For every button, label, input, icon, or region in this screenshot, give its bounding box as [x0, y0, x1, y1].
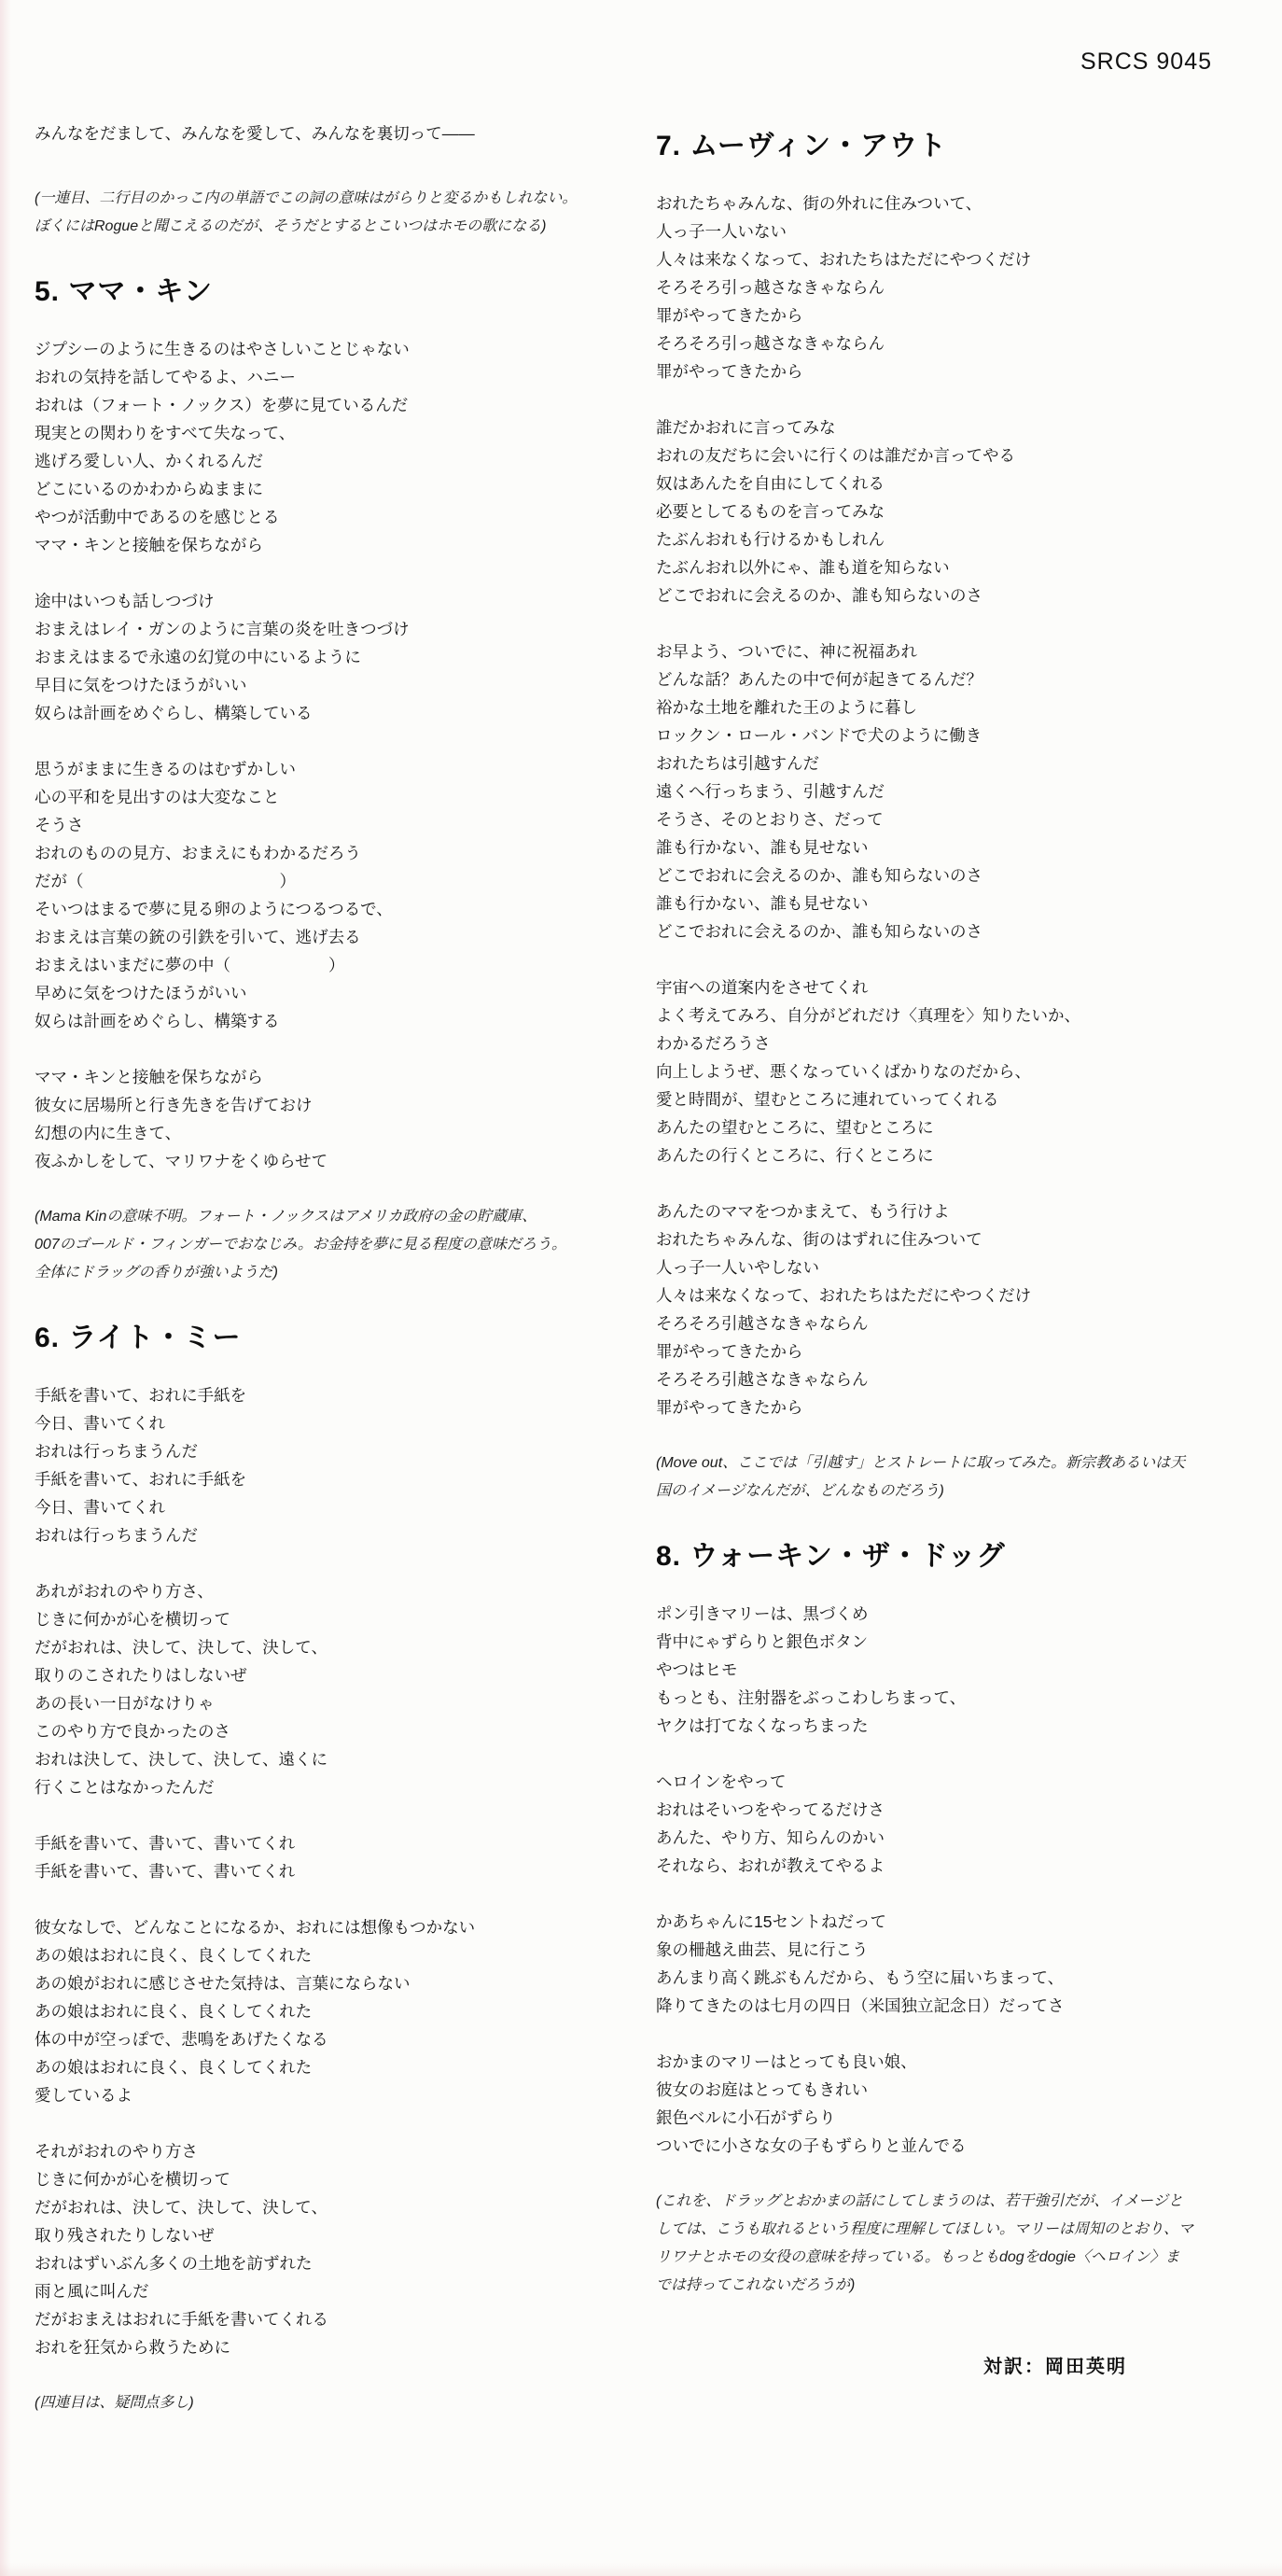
lyric-line: 取りのこされたりはしないぜ — [35, 1661, 643, 1689]
lyric-line: おれたちゃみんな、街のはずれに住みついて — [656, 1225, 1258, 1253]
lyric-line: 彼女に居場所と行き先きを告げておけ — [35, 1091, 643, 1119]
lyric-line: おまえはいまだに夢の中（ ） — [35, 951, 643, 979]
lyric-line: ママ・キンと接触を保ちながら — [35, 531, 643, 559]
lyric-line: (Mama Kinの意味不明。フォート・ノックスはアメリカ政府の金の貯蔵庫、 — [35, 1203, 643, 1231]
lyric-line: そいつはまるで夢に見る卵のようにつるつるで、 — [35, 895, 643, 923]
lyric-line: 早目に気をつけたほうがいい — [35, 671, 643, 699]
lyric-line: そうさ、そのとおりさ、だって — [656, 805, 1258, 833]
lyric-line: 奴はあんたを自由にしてくれる — [656, 469, 1258, 497]
stanza: 思うがままに生きるのはむずかしい心の平和を見出すのは大変なことそうさおれのものの… — [35, 755, 643, 1035]
lyric-line: 途中はいつも話しつづけ — [35, 587, 643, 615]
lyric-line: おまえはレイ・ガンのように言葉の炎を吐きつづけ — [35, 615, 643, 643]
lyric-line: 降りてきたのは七月の四日（米国独立記念日）だってさ — [656, 1992, 1258, 2020]
lyric-line: おれの友だちに会いに行くのは誰だか言ってやる — [656, 441, 1258, 469]
lyric-line: もっとも、注射器をぶっこわしちまって、 — [656, 1684, 1258, 1712]
lyric-line: どこでおれに会えるのか、誰も知らないのさ — [656, 581, 1258, 609]
lyric-line: 罪がやってきたから — [656, 1393, 1258, 1421]
lyric-line: 愛しているよ — [35, 2081, 643, 2109]
lyric-line: 今日、書いてくれ — [35, 1409, 643, 1437]
lyric-line: おれはずいぶん多くの土地を訪ずれた — [35, 2249, 643, 2277]
lyric-line: 奴らは計画をめぐらし、構築する — [35, 1007, 643, 1035]
lyric-line: かあちゃんに15セントねだって — [656, 1908, 1258, 1936]
song-title: 8. ウォーキン・ザ・ドッグ — [656, 1538, 1258, 1575]
lyric-line: 宇宙への道案内をさせてくれ — [656, 973, 1258, 1001]
lyric-line: 体の中が空っぽで、悲鳴をあげたくなる — [35, 2025, 643, 2053]
lyric-line: あの娘がおれに感じさせた気持は、言葉にならない — [35, 1969, 643, 1997]
lyric-line: 逃げろ愛しい人、かくれるんだ — [35, 447, 643, 475]
lyric-line: 罪がやってきたから — [656, 301, 1258, 329]
lyric-line: あんたの望むところに、望むところに — [656, 1113, 1258, 1141]
lyric-line: 誰も行かない、誰も見せない — [656, 889, 1258, 917]
lyric-line: 裕かな土地を離れた王のように暮し — [656, 693, 1258, 721]
lyric-line: だが（ ） — [35, 867, 643, 895]
right-column: 7. ムーヴィン・アウトおれたちゃみんな、街の外れに住みついて、人っ子一人いない… — [656, 128, 1258, 2378]
lyric-line: 幻想の内に生きて、 — [35, 1119, 643, 1147]
lyric-line: 心の平和を見出すのは大変なこと — [35, 783, 643, 811]
lyric-line: 手紙を書いて、おれに手紙を — [35, 1381, 643, 1409]
stanza: 彼女なしで、どんなことになるか、おれには想像もつかないあの娘はおれに良く、良くし… — [35, 1913, 643, 2109]
stanza: あんたのママをつかまえて、もう行けよおれたちゃみんな、街のはずれに住みついて人っ… — [656, 1197, 1258, 1421]
translator-note: (四連目は、疑問点多し) — [35, 2389, 643, 2417]
lyric-line: ポン引きマリーは、黒づくめ — [656, 1600, 1258, 1628]
lyric-line: ついでに小さな女の子もずらりと並んでる — [656, 2132, 1258, 2160]
lyric-line: 今日、書いてくれ — [35, 1493, 643, 1521]
lyric-line: あんたのママをつかまえて、もう行けよ — [656, 1197, 1258, 1225]
lyric-line: みんなをだまして、みんなを愛して、みんなを裏切って―― — [35, 119, 643, 147]
lyric-line: おれは決して、決して、決して、遠くに — [35, 1745, 643, 1773]
lyric-line: おまえはまるで永遠の幻覚の中にいるように — [35, 643, 643, 671]
translator-note: (Mama Kinの意味不明。フォート・ノックスはアメリカ政府の金の貯蔵庫、00… — [35, 1203, 643, 1287]
lyric-line: おれは行っちまうんだ — [35, 1521, 643, 1549]
stanza: おれたちゃみんな、街の外れに住みついて、人っ子一人いない人々は来なくなって、おれ… — [656, 189, 1258, 385]
lyric-line: どこでおれに会えるのか、誰も知らないのさ — [656, 917, 1258, 945]
lyric-line: このやり方で良かったのさ — [35, 1717, 643, 1745]
stanza: それがおれのやり方さじきに何かが心を横切ってだがおれは、決して、決して、決して、… — [35, 2137, 643, 2361]
lyric-line: そろそろ引っ越さなきゃならん — [656, 329, 1258, 357]
stanza: かあちゃんに15セントねだって象の柵越え曲芸、見に行こうあんまり高く跳ぶもんだか… — [656, 1908, 1258, 2020]
lyric-line: おれは行っちまうんだ — [35, 1437, 643, 1465]
left-column: みんなをだまして、みんなを愛して、みんなを裏切って――(一連目、二行目のかっこ内… — [35, 119, 643, 2445]
lyric-line: 早めに気をつけたほうがいい — [35, 979, 643, 1007]
lyric-line: 思うがままに生きるのはむずかしい — [35, 755, 643, 783]
lyric-line: 罪がやってきたから — [656, 1337, 1258, 1365]
lyric-line: 奴らは計画をめぐらし、構築している — [35, 699, 643, 727]
lyric-line: そろそろ引越さなきゃならん — [656, 1309, 1258, 1337]
lyric-line: どこでおれに会えるのか、誰も知らないのさ — [656, 861, 1258, 889]
stanza: ジプシーのように生きるのはやさしいことじゃないおれの気持を話してやるよ、ハニーお… — [35, 335, 643, 559]
lyric-line: 夜ふかしをして、マリワナをくゆらせて — [35, 1147, 643, 1175]
stanza: 途中はいつも話しつづけおまえはレイ・ガンのように言葉の炎を吐きつづけおまえはまる… — [35, 587, 643, 727]
lyric-line: おれは（フォート・ノックス）を夢に見ているんだ — [35, 391, 643, 419]
lyric-line: 取り残されたりしないぜ — [35, 2221, 643, 2249]
stanza: あれがおれのやり方さ、じきに何かが心を横切ってだがおれは、決して、決して、決して… — [35, 1577, 643, 1801]
stanza: おかまのマリーはとっても良い娘、彼女のお庭はとってもきれい銀色ベルに小石がずらり… — [656, 2048, 1258, 2160]
stanza: お早よう、ついでに、神に祝福あれどんな話？あんたの中で何が起きてるんだ？裕かな土… — [656, 637, 1258, 945]
lyric-line: 遠くへ行っちまう、引越すんだ — [656, 777, 1258, 805]
lyric-line: 国のイメージなんだが、どんなものだろう) — [656, 1477, 1258, 1505]
lyric-line: わかるだろうさ — [656, 1029, 1258, 1057]
lyric-line: 全体にドラッグの香りが強いようだ) — [35, 1259, 643, 1287]
intro-line: みんなをだまして、みんなを愛して、みんなを裏切って―― — [35, 119, 643, 147]
lyric-line: では持ってこれないだろうが) — [656, 2272, 1258, 2300]
lyric-line: どんな話？あんたの中で何が起きてるんだ？ — [656, 665, 1258, 693]
lyric-line: 誰も行かない、誰も見せない — [656, 833, 1258, 861]
song-title: 5. ママ・キン — [35, 273, 643, 311]
lyric-line: リワナとホモの女役の意味を持っている。もっともdogをdogie〈ヘロイン〉ま — [656, 2244, 1258, 2272]
lyric-line: 背中にゃずらりと銀色ボタン — [656, 1628, 1258, 1656]
catalog-number: SRCS 9045 — [1080, 49, 1212, 76]
lyric-line: 現実との関わりをすべて失なって、 — [35, 419, 643, 447]
lyric-line: それなら、おれが教えてやるよ — [656, 1852, 1258, 1880]
lyric-line: あの長い一日がなけりゃ — [35, 1689, 643, 1717]
lyric-line: (一連目、二行目のかっこ内の単語でこの詞の意味はがらりと変るかもしれない。 — [35, 185, 643, 213]
lyric-line: 象の柵越え曲芸、見に行こう — [656, 1936, 1258, 1964]
lyric-line: あの娘はおれに良く、良くしてくれた — [35, 1997, 643, 2025]
lyric-line: それがおれのやり方さ — [35, 2137, 643, 2165]
stanza: ヘロインをやっておれはそいつをやってるだけさあんた、やり方、知らんのかいそれなら… — [656, 1768, 1258, 1880]
lyric-line: 手紙を書いて、おれに手紙を — [35, 1465, 643, 1493]
lyric-line: (四連目は、疑問点多し) — [35, 2389, 643, 2417]
lyric-line: おれたちは引越すんだ — [656, 749, 1258, 777]
stanza: 手紙を書いて、おれに手紙を今日、書いてくれおれは行っちまうんだ手紙を書いて、おれ… — [35, 1381, 643, 1549]
lyric-line: そろそろ引越さなきゃならん — [656, 1365, 1258, 1393]
lyric-line: お早よう、ついでに、神に祝福あれ — [656, 637, 1258, 665]
lyric-line: よく考えてみろ、自分がどれだけ〈真理を〉知りたいか、 — [656, 1001, 1258, 1029]
lyric-line: 手紙を書いて、書いて、書いてくれ — [35, 1857, 643, 1885]
stanza: 手紙を書いて、書いて、書いてくれ手紙を書いて、書いて、書いてくれ — [35, 1829, 643, 1885]
translator-note: (一連目、二行目のかっこ内の単語でこの詞の意味はがらりと変るかもしれない。ぼくに… — [35, 185, 643, 241]
lyric-line: しては、こうも取れるという程度に理解してほしい。マリーは周知のとおり、マ — [656, 2216, 1258, 2244]
stanza: ポン引きマリーは、黒づくめ背中にゃずらりと銀色ボタンやつはヒモもっとも、注射器を… — [656, 1600, 1258, 1740]
lyric-line: あの娘はおれに良く、良くしてくれた — [35, 1941, 643, 1969]
lyric-line: あんた、やり方、知らんのかい — [656, 1824, 1258, 1852]
lyric-line: そろそろ引っ越さなきゃならん — [656, 273, 1258, 301]
lyric-line: ヘロインをやって — [656, 1768, 1258, 1796]
lyric-line: おまえは言葉の銃の引鉄を引いて、逃げ去る — [35, 923, 643, 951]
lyric-line: やつはヒモ — [656, 1656, 1258, 1684]
stanza: ママ・キンと接触を保ちながら彼女に居場所と行き先きを告げておけ幻想の内に生きて、… — [35, 1063, 643, 1175]
lyric-line: 必要としてるものを言ってみな — [656, 497, 1258, 525]
lyric-line: ヤクは打てなくなっちまった — [656, 1712, 1258, 1740]
lyric-line: じきに何かが心を横切って — [35, 2165, 643, 2193]
lyric-line: ぼくにはRogueと聞こえるのだが、そうだとするとこいつはホモの歌になる) — [35, 213, 643, 241]
lyric-line: 雨と風に叫んだ — [35, 2277, 643, 2305]
song-title: 6. ライト・ミー — [35, 1320, 643, 1357]
lyric-line: おれを狂気から救うために — [35, 2333, 643, 2361]
lyric-line: 人々は来なくなって、おれたちはただにやつくだけ — [656, 1281, 1258, 1309]
lyric-line: あんまり高く跳ぶもんだから、もう空に届いちまって、 — [656, 1964, 1258, 1992]
lyric-line: 人っ子一人いない — [656, 217, 1258, 245]
lyric-line: 人っ子一人いやしない — [656, 1253, 1258, 1281]
lyric-line: 向上しようぜ、悪くなっていくばかりなのだから、 — [656, 1057, 1258, 1085]
lyric-line: 彼女なしで、どんなことになるか、おれには想像もつかない — [35, 1913, 643, 1941]
lyric-line: あんたの行くところに、行くところに — [656, 1141, 1258, 1169]
lyric-line: ロックン・ロール・バンドで犬のように働き — [656, 721, 1258, 749]
lyric-line: やつが活動中であるのを感じとる — [35, 503, 643, 531]
lyric-line: 007のゴールド・フィンガーでおなじみ。お金持を夢に見る程度の意味だろう。 — [35, 1231, 643, 1259]
lyric-line: おれのものの見方、おまえにもわかるだろう — [35, 839, 643, 867]
song-title: 7. ムーヴィン・アウト — [656, 128, 1258, 165]
translator-credit: 対訳：岡田英明 — [656, 2351, 1258, 2378]
lyric-line: あれがおれのやり方さ、 — [35, 1577, 643, 1605]
lyric-line: どこにいるのかわからぬままに — [35, 475, 643, 503]
lyric-line: (Move out、ここでは「引越す」とストレートに取ってみた。新宗教あるいは天 — [656, 1449, 1258, 1477]
lyric-line: じきに何かが心を横切って — [35, 1605, 643, 1633]
lyric-line: ママ・キンと接触を保ちながら — [35, 1063, 643, 1091]
lyric-line: 誰だかおれに言ってみな — [656, 413, 1258, 441]
lyric-line: 愛と時間が、望むところに連れていってくれる — [656, 1085, 1258, 1113]
lyric-line: 人々は来なくなって、おれたちはただにやつくだけ — [656, 245, 1258, 273]
lyric-line: だがおれは、決して、決して、決して、 — [35, 1633, 643, 1661]
stanza: 宇宙への道案内をさせてくれよく考えてみろ、自分がどれだけ〈真理を〉知りたいか、わ… — [656, 973, 1258, 1169]
lyric-line: ジプシーのように生きるのはやさしいことじゃない — [35, 335, 643, 363]
lyric-line: あの娘はおれに良く、良くしてくれた — [35, 2053, 643, 2081]
lyric-line: おれたちゃみんな、街の外れに住みついて、 — [656, 189, 1258, 217]
scan-edge-left — [0, 0, 11, 2576]
translator-note: (これを、ドラッグとおかまの話にしてしまうのは、若干強引だが、イメージとしては、… — [656, 2188, 1258, 2300]
lyric-line: だがおまえはおれに手紙を書いてくれる — [35, 2305, 643, 2333]
lyric-line: たぶんおれも行けるかもしれん — [656, 525, 1258, 553]
lyric-line: おれはそいつをやってるだけさ — [656, 1796, 1258, 1824]
lyric-line: だがおれは、決して、決して、決して、 — [35, 2193, 643, 2221]
lyric-line: おかまのマリーはとっても良い娘、 — [656, 2048, 1258, 2076]
scan-edge-bottom — [0, 2563, 1282, 2576]
lyric-line: (これを、ドラッグとおかまの話にしてしまうのは、若干強引だが、イメージと — [656, 2188, 1258, 2216]
translator-note: (Move out、ここでは「引越す」とストレートに取ってみた。新宗教あるいは天… — [656, 1449, 1258, 1505]
lyric-line: たぶんおれ以外にゃ、誰も道を知らない — [656, 553, 1258, 581]
lyric-line: 行くことはなかったんだ — [35, 1773, 643, 1801]
lyric-line: 銀色ベルに小石がずらり — [656, 2104, 1258, 2132]
lyric-line: そうさ — [35, 811, 643, 839]
stanza: 誰だかおれに言ってみなおれの友だちに会いに行くのは誰だか言ってやる奴はあんたを自… — [656, 413, 1258, 609]
lyric-line: 罪がやってきたから — [656, 357, 1258, 385]
lyric-line: おれの気持を話してやるよ、ハニー — [35, 363, 643, 391]
lyric-line: 彼女のお庭はとってもきれい — [656, 2076, 1258, 2104]
lyric-line: 手紙を書いて、書いて、書いてくれ — [35, 1829, 643, 1857]
